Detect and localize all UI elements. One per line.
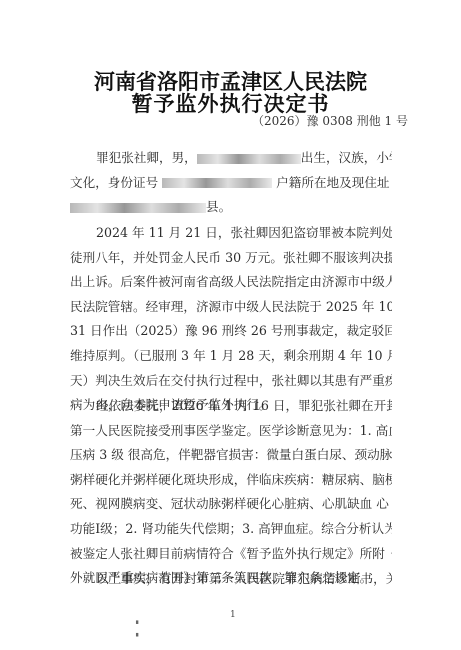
redacted-id-number bbox=[162, 178, 272, 188]
redacted-birthdate bbox=[197, 154, 301, 164]
paragraph-medical: 经依法委托，2026 年 1 月 16 日，罪犯张社卿在开封市 第一人民医院接受… bbox=[70, 394, 392, 591]
text-line: 粥样硬化并粥样硬化斑块形成，伴临床疾病：糖尿病、脑梗 bbox=[70, 468, 392, 493]
text-line: 第一人民医院接受刑事医学鉴定。医学诊断意见为：1. 高血 bbox=[70, 419, 392, 444]
paragraph-defendant: 罪犯张社卿，男，出生，汉族，小学 文化，身份证号户籍所在地及现住址 县。 bbox=[70, 146, 392, 220]
text-line: 死、视网膜病变、冠状动脉粥样硬化心脏病、心肌缺血 心 bbox=[70, 492, 392, 517]
text-line: 以上事实，有开封市第一人民医院罪犯病情诊断书，关 bbox=[70, 567, 392, 592]
page-number: 1 bbox=[230, 610, 236, 620]
text-line: 出上诉。后案件被河南省高级人民法院指定由济源市中级人 bbox=[70, 270, 392, 295]
paragraph-facts: 以上事实，有开封市第一人民医院罪犯病情诊断书，关 bbox=[70, 567, 392, 592]
case-number: （2026）豫 0308 刑他 1 号 bbox=[252, 112, 408, 129]
birth-ethnicity-education: 出生，汉族，小学 bbox=[301, 150, 392, 165]
text-line: 维持原判。（已服刑 3 年 1 月 28 天，剩余刑期 4 年 10 月 2 bbox=[70, 344, 392, 369]
paragraph-judgment: 2024 年 11 月 21 日，张社卿因犯盗窃罪被本院判处有期 徒刑八年，并处… bbox=[70, 221, 392, 418]
text-line: 2024 年 11 月 21 日，张社卿因犯盗窃罪被本院判处有期 bbox=[70, 221, 392, 246]
text-line: 压病 3 级 很高危，伴靶器官损害：微量白蛋白尿、颈动脉 bbox=[70, 443, 392, 468]
redacted-address bbox=[70, 203, 206, 213]
defendant-intro: 罪犯张社卿，男， bbox=[96, 150, 197, 165]
text-line: 民法院管辖。经审理，济源市中级人民法院于 2025 年 10 月 bbox=[70, 295, 392, 320]
text-line: 经依法委托，2026 年 1 月 16 日，罪犯张社卿在开封市 bbox=[70, 394, 392, 419]
text-line: 31 日作出（2025）豫 96 刑终 26 号刑事裁定，裁定驳回上诉， bbox=[70, 319, 392, 344]
scan-mark: ▘▖ bbox=[136, 620, 141, 638]
text-line: 徒刑八年，并处罚金人民币 30 万元。张社卿不服该判决提 bbox=[70, 246, 392, 271]
text-line: 被鉴定人张社卿目前病情符合《暂予监外执行规定》所附《保 bbox=[70, 542, 392, 567]
residence-label: 户籍所在地及现住址 bbox=[276, 175, 389, 190]
address-suffix: 县。 bbox=[206, 199, 231, 214]
text-line: 功能Ⅰ级；2. 肾功能失代偿期；3. 高钾血症。综合分析认为： bbox=[70, 517, 392, 542]
text-line: 天）判决生效后在交付执行过程中，张社卿以其患有严重疾 bbox=[70, 369, 392, 394]
id-label: 文化，身份证号 bbox=[70, 175, 158, 190]
